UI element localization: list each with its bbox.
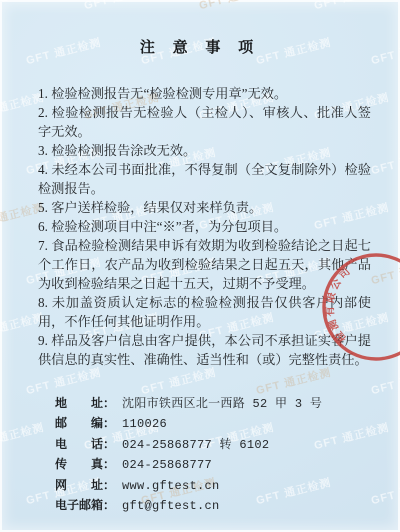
contact-value: 024-25868777 <box>122 458 212 472</box>
contact-row-fax: 传 真：024-25868777 <box>55 455 374 475</box>
notice-item-5: 5. 客户送样检验，结果仅对来样负责。 <box>38 198 371 217</box>
watermark-mark: GFT 通正检测 <box>0 419 46 453</box>
contact-label: 电 话： <box>55 437 115 451</box>
company-seal-icon: 检测有限公司 <box>322 252 400 362</box>
contact-label: 邮 编： <box>55 416 115 430</box>
contact-value: gft@gftest.cn <box>122 499 220 513</box>
watermark-mark: GFT 通正检测 <box>312 0 391 13</box>
contact-row-email: 电子邮箱：gft@gftest.cn <box>55 496 374 516</box>
notice-item-2: 2. 检验检测报告无检验人（主检人）、审核人、批准人签字无效。 <box>38 103 371 141</box>
svg-text:检测有限公司: 检测有限公司 <box>323 263 355 345</box>
watermark-mark: GFT 通正检测 <box>139 364 218 398</box>
notice-item-1: 1. 检验检测报告无“检验检测专用章”无效。 <box>38 84 371 103</box>
seal-arc-text: 检测有限公司 <box>323 263 355 345</box>
watermark-mark: GFT 通正检测 <box>369 144 400 178</box>
contact-row-website: 网 址：www.gftest.cn <box>55 476 374 496</box>
contact-row-phone: 电 话：024-25868777 转 6102 <box>55 435 374 455</box>
watermark-mark: GFT 通正检测 <box>24 364 103 398</box>
contact-value: 沈阳市铁西区北一西路 52 甲 3 号 <box>122 397 322 411</box>
contact-value: www.gftest.cn <box>122 479 220 493</box>
watermark-mark: GFT 通正检测 <box>82 0 161 13</box>
watermark-mark: GFT 通正检测 <box>0 0 46 13</box>
contact-label: 地 址： <box>55 396 115 410</box>
contact-block: 地 址：沈阳市铁西区北一西路 52 甲 3 号 邮 编：110026 电 话：0… <box>55 394 374 516</box>
document-page: GFT 通正检测GFT 通正检测GFT 通正检测GFT 通正检测GFT 通正检测… <box>0 0 400 532</box>
watermark-mark: GFT 通正检测 <box>254 364 333 398</box>
watermark-mark: GFT 通正检测 <box>369 364 400 398</box>
notice-item-6: 6. 检验检测项目中注“※”者，为分包项目。 <box>38 217 371 236</box>
contact-row-address: 地 址：沈阳市铁西区北一西路 52 甲 3 号 <box>55 394 374 414</box>
contact-value: 024-25868777 转 6102 <box>122 438 269 452</box>
notice-item-4: 4. 未经本公司书面批准，不得复制（全文复制除外）检验检测报告。 <box>38 160 371 198</box>
watermark-mark: GFT 通正检测 <box>197 0 276 13</box>
contact-value: 110026 <box>122 417 167 431</box>
contact-label: 网 址： <box>55 478 115 492</box>
notice-item-3: 3. 检验检测报告涂改无效。 <box>38 141 371 160</box>
page-title: 注 意 事 项 <box>0 36 400 57</box>
contact-label: 电子邮箱： <box>55 498 115 512</box>
contact-row-zipcode: 邮 编：110026 <box>55 414 374 434</box>
contact-label: 传 真： <box>55 457 115 471</box>
